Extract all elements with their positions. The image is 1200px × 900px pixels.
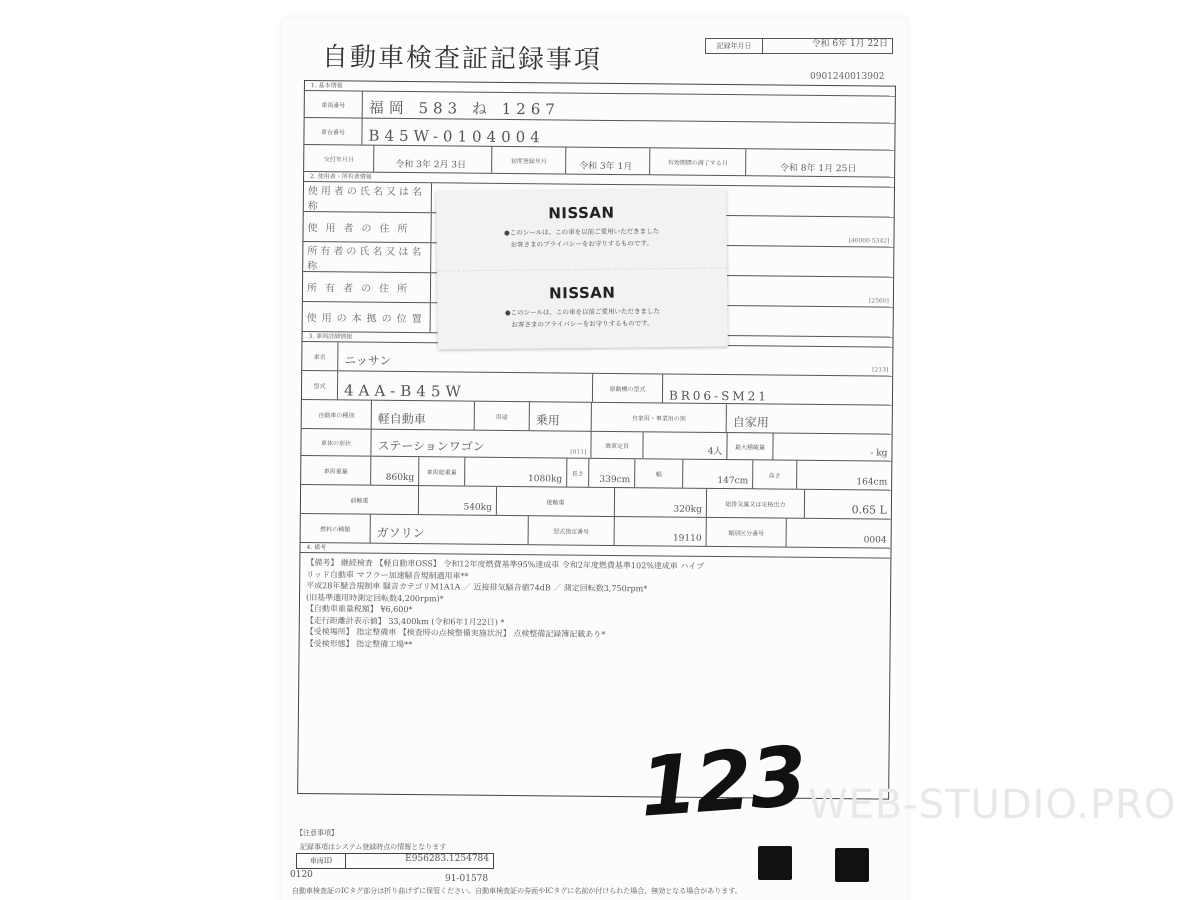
capacity-label: 乗車定員 xyxy=(591,432,643,458)
vehicle-id-box: 車両ID E956283.1254784 xyxy=(296,853,494,869)
code-left: 0120 xyxy=(290,870,313,880)
engine-label: 原動機の型式 xyxy=(593,374,663,403)
watermark: WEB-STUDIO.PRO xyxy=(808,782,1176,828)
weight-label: 車両重量 xyxy=(301,456,371,485)
record-date-box: 記録年月日 令和 6年 1月 22日 xyxy=(705,38,893,54)
seal-note-line2: お客さまのプライバシーをお守りするものです。 xyxy=(437,236,727,251)
user-name-label: 使用者の氏名又は名称 xyxy=(304,182,432,212)
width-value: 147cm xyxy=(683,460,753,489)
model-label: 型式 xyxy=(302,371,338,399)
notice-text: 記録事項はシステム登録時点の情報となります xyxy=(300,842,446,852)
record-date-label: 記録年月日 xyxy=(706,39,763,53)
owner-address-code: [2560] xyxy=(869,297,889,304)
length-label: 長さ xyxy=(567,459,589,487)
type-label: 自動車の種別 xyxy=(302,400,372,429)
document-title: 自動車検査証記録事項 xyxy=(322,37,602,77)
first-reg-label: 初度登録年月 xyxy=(492,147,566,174)
first-reg-value: 令和 3年 1月 xyxy=(566,148,650,175)
gross-weight-label: 車両総重量 xyxy=(419,457,465,485)
privacy-seal-sticker: NISSAN ●このシールは、この車を以前ご愛用いただきました お客さまのプライ… xyxy=(436,188,728,349)
expiry-value: 令和 8年 1月 25日 xyxy=(746,149,894,176)
fuel-label: 燃料の種類 xyxy=(301,514,371,543)
model-value: 4AA-B45W xyxy=(338,371,593,401)
front-axle-value: 540kg xyxy=(419,486,497,515)
document-number: 0901240013902 xyxy=(810,72,884,82)
category-label: 類別区分番号 xyxy=(707,518,787,547)
vehicle-name-label: 車名 xyxy=(302,342,338,370)
footer-warning: 自動車検査証のICタグ部分は折り曲げずに保管ください。自動車検査証の券面やICタ… xyxy=(292,886,742,896)
body-code: [011] xyxy=(570,449,586,456)
owner-address-label: 所有者の住所 xyxy=(303,272,431,302)
use-label: 用途 xyxy=(475,402,530,431)
redaction-block-icon xyxy=(758,846,792,880)
issue-date-label: 交付年月日 xyxy=(304,145,374,172)
vehicle-name-text: ニッサン xyxy=(344,351,391,368)
fuel-value: ガソリン xyxy=(371,515,529,545)
record-form: 1. 基本情報 車両番号 福岡 583 ね 1267 車台番号 B45W-010… xyxy=(297,80,896,800)
type-value: 軽自動車 xyxy=(372,401,475,430)
body-label: 車体の形状 xyxy=(301,429,371,456)
expiry-label: 有効期間の満了する日 xyxy=(650,148,746,175)
type-designation-value: 19110 xyxy=(615,517,707,546)
weight-value: 860kg xyxy=(371,457,419,485)
height-value: 164cm xyxy=(797,461,891,490)
registration-value: 福岡 583 ね 1267 xyxy=(363,92,895,123)
vehicle-name-code: [213] xyxy=(872,366,888,373)
registration-label: 車両番号 xyxy=(305,91,363,118)
base-location-label: 使用の本拠の位置 xyxy=(303,302,431,332)
max-load-value: - kg xyxy=(773,434,891,461)
capacity-value: 4人 xyxy=(643,432,727,459)
use-value: 乗用 xyxy=(530,402,592,431)
business-label: 自家用・事業用の別 xyxy=(592,403,727,432)
user-address-label: 使用者の住所 xyxy=(303,212,431,242)
chassis-value: B45W-0104004 xyxy=(362,119,894,150)
nissan-logo: NISSAN xyxy=(436,202,726,223)
notice-heading: 【注意事項】 xyxy=(296,828,338,838)
rear-axle-label: 後軸重 xyxy=(497,487,615,516)
handwritten-number: 123 xyxy=(637,729,808,835)
length-value: 339cm xyxy=(589,459,635,487)
type-designation-label: 型式指定番号 xyxy=(529,516,615,545)
engine-value: BR06-SM21 xyxy=(663,374,892,404)
owner-name-label: 所有者の氏名又は名称 xyxy=(303,242,431,272)
redaction-block-icon xyxy=(835,848,869,882)
rear-axle-value: 320kg xyxy=(615,488,707,517)
code-right: 91-01578 xyxy=(445,874,488,884)
privacy-seal-bottom: NISSAN ●このシールは、この車を以前ご愛用いただきました お客さまのプライ… xyxy=(437,267,728,350)
chassis-label: 車台番号 xyxy=(304,118,362,145)
displacement-value: 0.65 L xyxy=(805,490,891,519)
privacy-seal-top: NISSAN ●このシールは、この車を以前ご愛用いただきました お客さまのプライ… xyxy=(436,188,727,270)
body-text: ステーションワゴン xyxy=(377,437,484,455)
user-address-code: [40000 5342] xyxy=(848,237,889,244)
category-value: 0004 xyxy=(787,519,891,548)
vehicle-id-label: 車両ID xyxy=(297,854,346,868)
issue-date-value: 令和 3年 2月 3日 xyxy=(374,146,492,173)
record-date-value: 令和 6年 1月 22日 xyxy=(763,39,892,53)
business-value: 自家用 xyxy=(727,404,892,434)
displacement-label: 総排気量又は定格出力 xyxy=(707,489,805,518)
width-label: 幅 xyxy=(635,459,683,487)
body-value: ステーションワゴン [011] xyxy=(371,430,591,458)
nissan-logo: NISSAN xyxy=(437,282,727,303)
seal-note-line2: お客さまのプライバシーをお守りするものです。 xyxy=(438,316,728,331)
vehicle-id-value: E956283.1254784 xyxy=(346,854,493,868)
front-axle-label: 前軸重 xyxy=(301,485,419,514)
height-label: 高さ xyxy=(753,460,797,488)
max-load-label: 最大積載量 xyxy=(727,433,773,459)
gross-weight-value: 1080kg xyxy=(465,458,567,487)
